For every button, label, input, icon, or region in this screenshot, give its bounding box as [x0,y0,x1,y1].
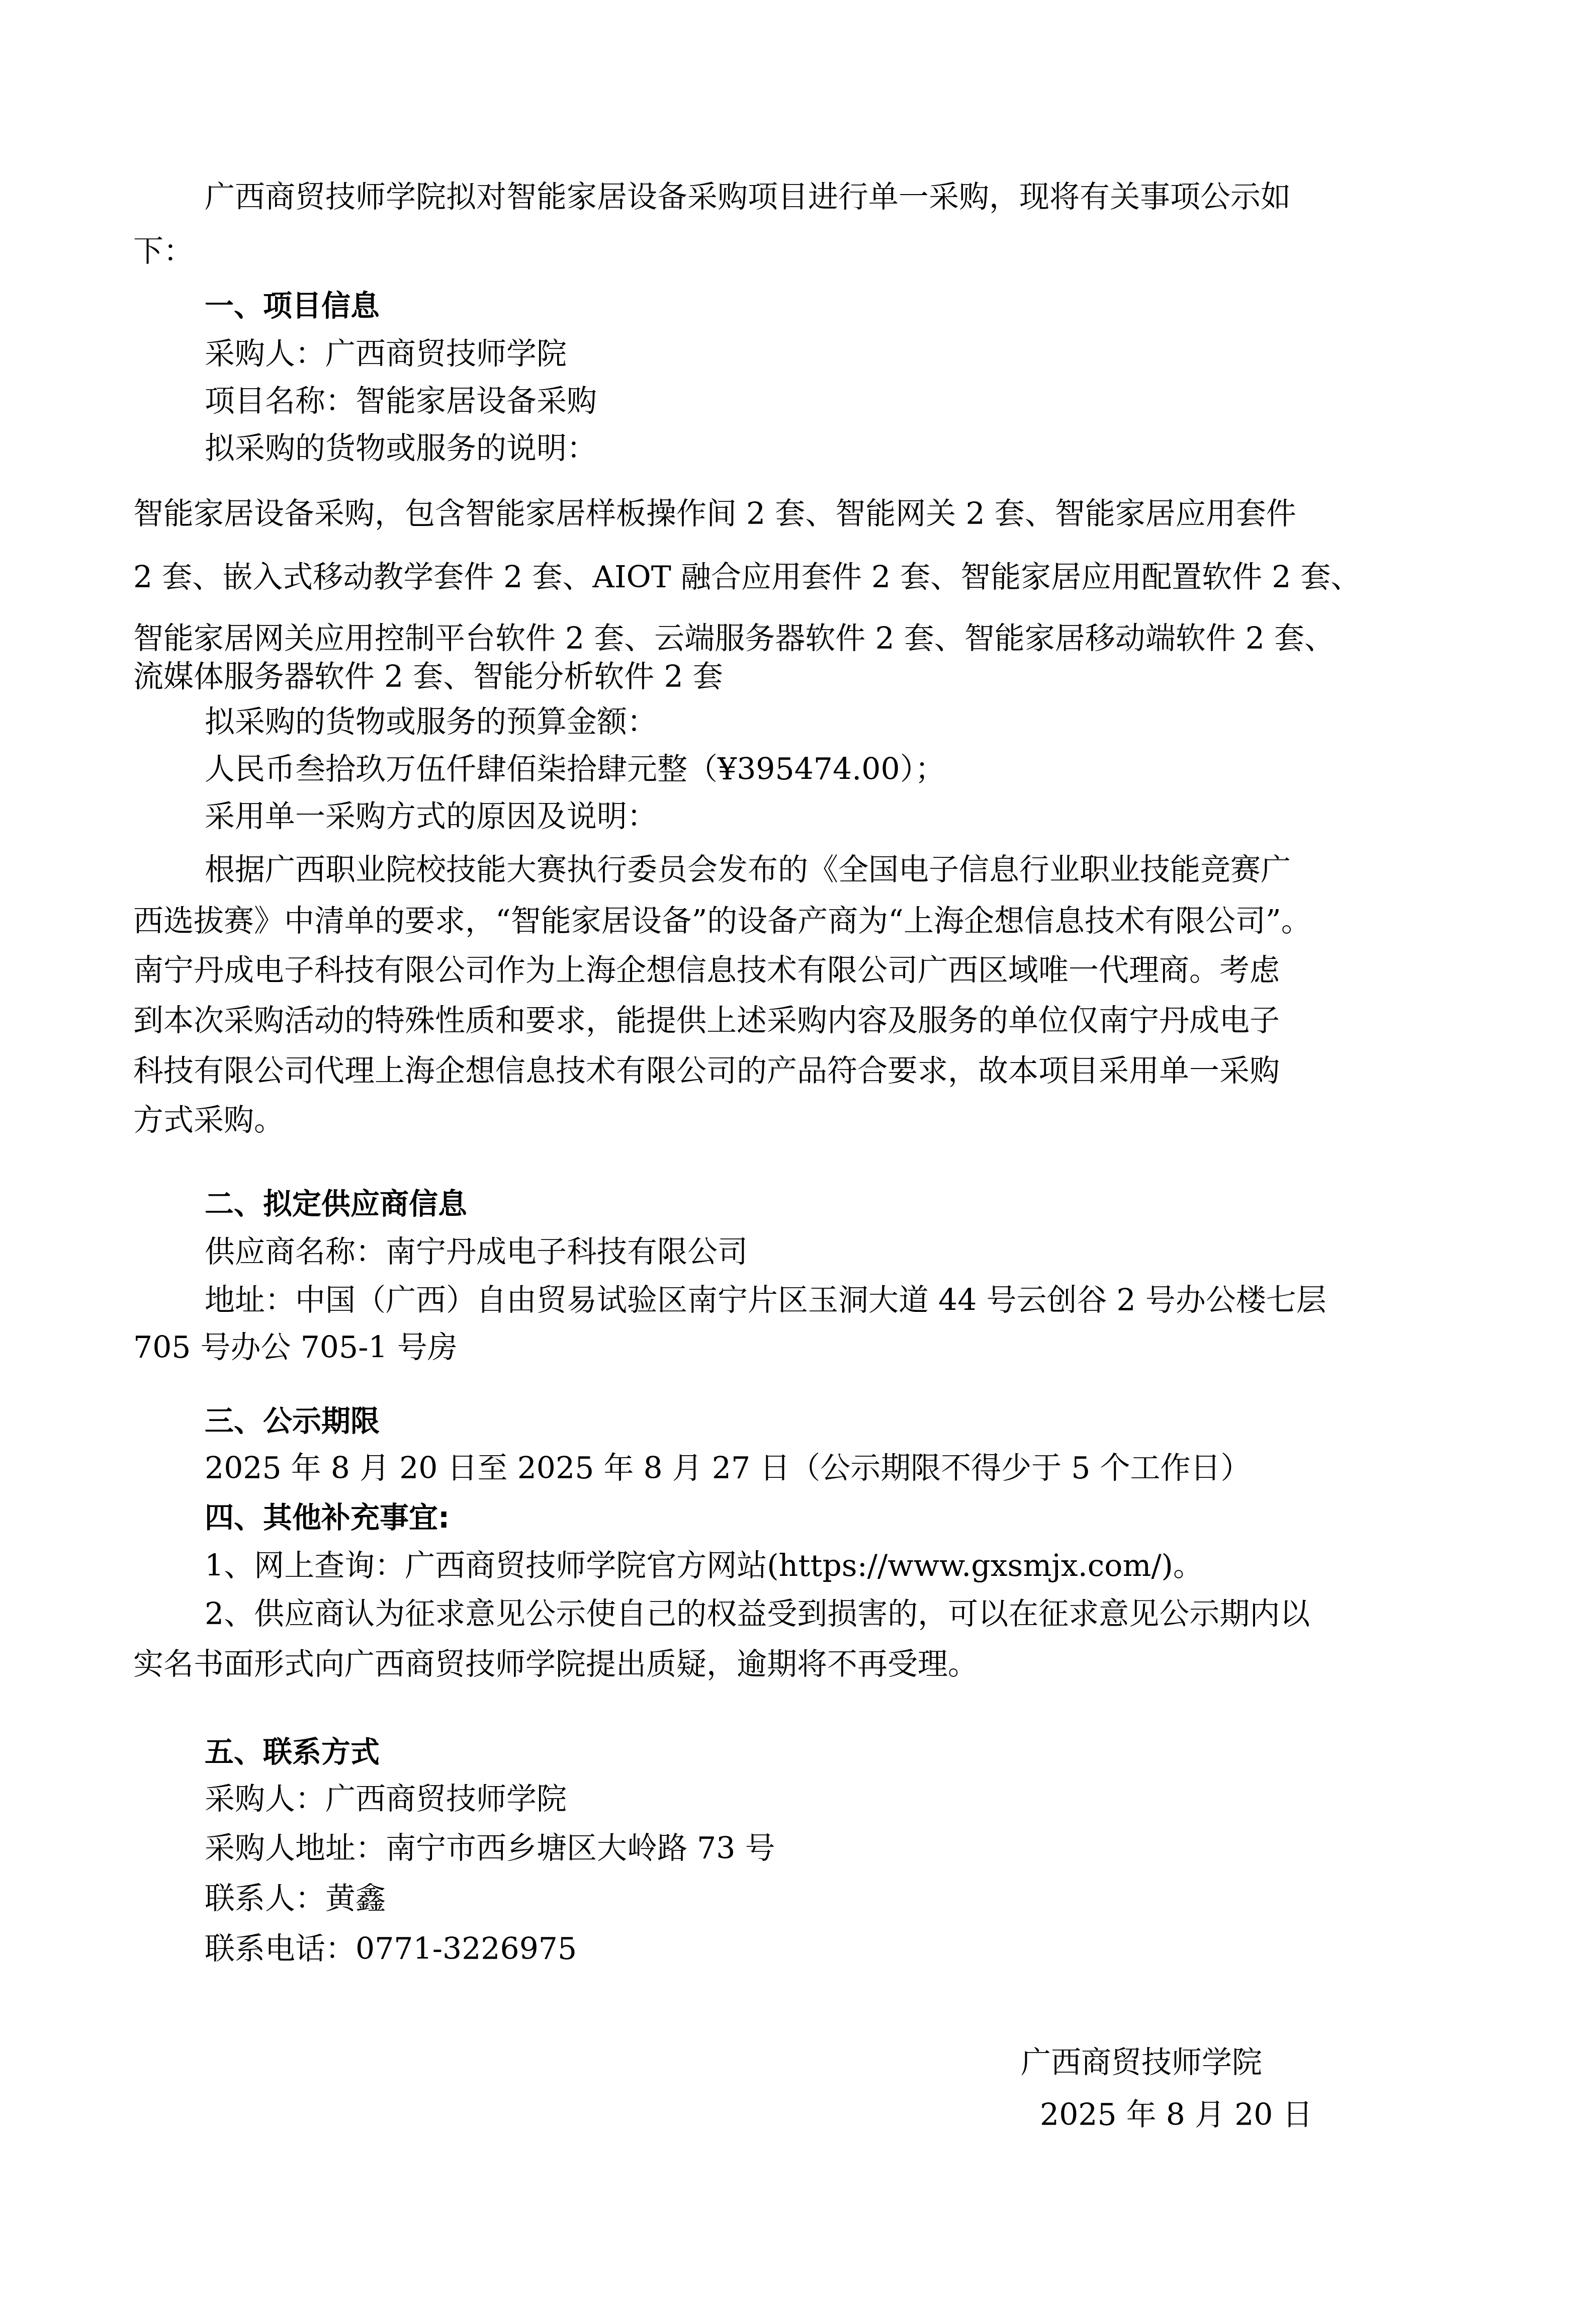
signature-org: 广西商贸技师学院 [1021,2043,1262,2083]
contact-purchaser-line: 采购人：广西商贸技师学院 [205,1779,567,1819]
document-page: 广西商贸技师学院拟对智能家居设备采购项目进行单一采购，现将有关事项公示如 下： … [0,0,1596,2307]
section-2-heading: 二、拟定供应商信息 [205,1184,467,1224]
goods-desc-line-2: 2 套、嵌入式移动教学套件 2 套、AIOT 融合应用套件 2 套、智能家居应用… [133,557,1361,597]
reason-line-3: 南宁丹成电子科技有限公司作为上海企想信息技术有限公司广西区域唯一代理商。考虑 [133,950,1280,991]
reason-line-6: 方式采购。 [133,1100,284,1140]
contact-phone-line: 联系电话：0771-3226975 [205,1929,577,1969]
contact-address-line: 采购人地址：南宁市西乡塘区大岭路 73 号 [205,1828,775,1869]
supplier-address-line-1: 地址：中国（广西）自由贸易试验区南宁片区玉洞大道 44 号云创谷 2 号办公楼七… [205,1280,1326,1320]
publicity-period: 2025 年 8 月 20 日至 2025 年 8 月 27 日（公示期限不得少… [205,1448,1251,1488]
reason-line-4: 到本次采购活动的特殊性质和要求，能提供上述采购内容及服务的单位仅南宁丹成电子 [133,1001,1280,1041]
online-inquiry-line: 1、网上查询：广西商贸技师学院官方网站(https://www.gxsmjx.c… [205,1546,1203,1586]
budget-value: 人民币叁拾玖万伍仟肆佰柒拾肆元整（¥395474.00）； [205,749,945,789]
goods-desc-line-3: 智能家居网关应用控制平台软件 2 套、云端服务器软件 2 套、智能家居移动端软件… [133,618,1335,659]
goods-desc-line-4: 流媒体服务器软件 2 套、智能分析软件 2 套 [133,657,723,697]
budget-label: 拟采购的货物或服务的预算金额： [205,702,657,742]
section-5-heading: 五、联系方式 [205,1732,380,1772]
supplier-address-line-2: 705 号办公 705-1 号房 [133,1327,458,1368]
objection-line-2: 实名书面形式向广西商贸技师学院提出质疑，逾期将不再受理。 [133,1644,978,1684]
signature-date: 2025 年 8 月 20 日 [1040,2095,1313,2135]
reason-line-2: 西选拔赛》中清单的要求，“智能家居设备”的设备产商为“上海企想信息技术有限公司”… [133,901,1311,941]
supplier-name-line: 供应商名称：南宁丹成电子科技有限公司 [205,1232,748,1272]
goods-desc-label: 拟采购的货物或服务的说明： [205,428,597,469]
section-4-heading: 四、其他补充事宜: [205,1497,450,1538]
section-3-heading: 三、公示期限 [205,1401,380,1441]
intro-line-1: 广西商贸技师学院拟对智能家居设备采购项目进行单一采购，现将有关事项公示如 [205,177,1291,217]
reason-line-5: 科技有限公司代理上海企想信息技术有限公司的产品符合要求，故本项目采用单一采购 [133,1051,1280,1091]
reason-line-1: 根据广西职业院校技能大赛执行委员会发布的《全国电子信息行业职业技能竞赛广 [205,850,1291,890]
contact-person-line: 联系人：黄鑫 [205,1879,386,1919]
goods-desc-line-1: 智能家居设备采购，包含智能家居样板操作间 2 套、智能网关 2 套、智能家居应用… [133,494,1296,534]
purchaser-line: 采购人：广西商贸技师学院 [205,334,567,374]
reason-label: 采用单一采购方式的原因及说明： [205,796,657,837]
intro-line-2: 下： [133,231,194,272]
objection-line-1: 2、供应商认为征求意见公示使自己的权益受到损害的，可以在征求意见公示期内以 [205,1594,1310,1634]
project-name-line: 项目名称：智能家居设备采购 [205,381,597,421]
section-1-heading: 一、项目信息 [205,286,380,326]
